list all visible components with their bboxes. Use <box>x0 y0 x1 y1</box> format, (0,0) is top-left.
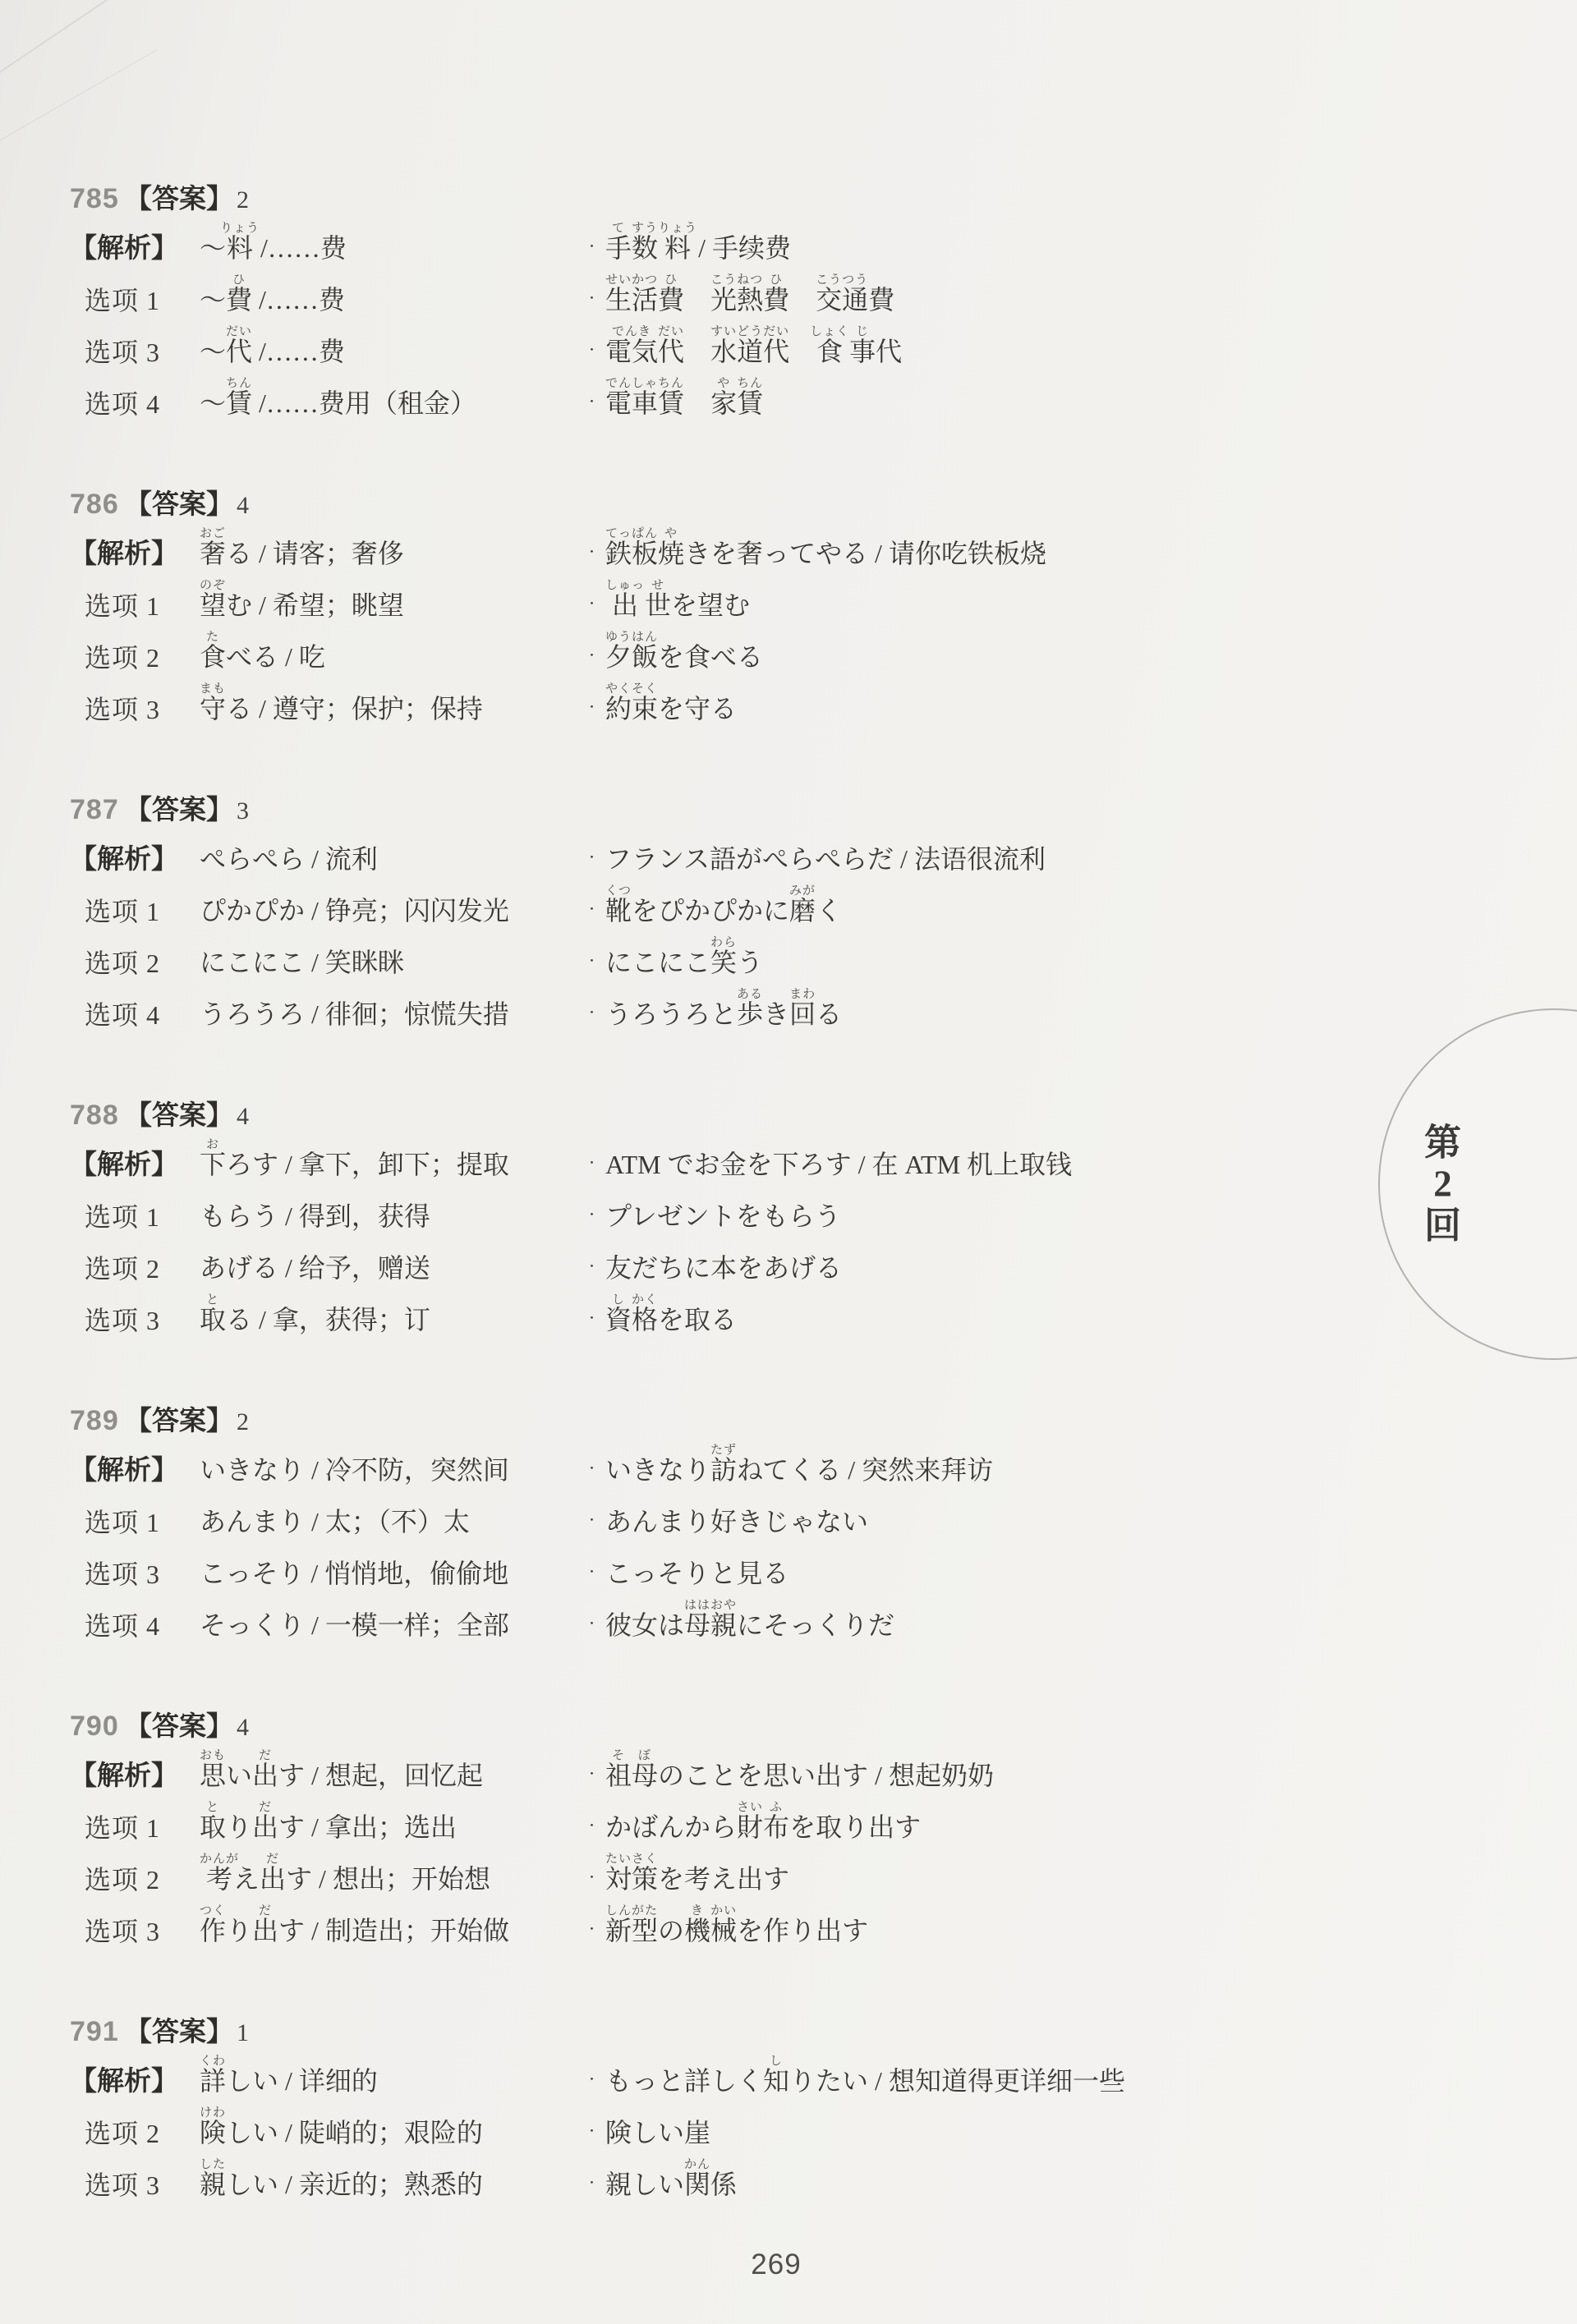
analysis-label: 【解析】 <box>70 1761 200 1791</box>
furigana-term: 出だ <box>252 1761 278 1790</box>
furigana-term: 世せ <box>645 590 671 620</box>
option-label: 选项 1 <box>70 1509 200 1537</box>
option-row: 选项 3親したしい / 亲近的；熟悉的・親しい関かん係 <box>70 2148 1577 2200</box>
bullet-icon: ・ <box>586 1459 598 1486</box>
definition-text: 詳くわしい / 详细的 <box>200 2055 586 2097</box>
answers-list: 785【答案】2【解析】～料りょう /……费・手て数すう料りょう / 手续费选项… <box>70 177 1577 2264</box>
example-text: プレゼントをもらう <box>605 1202 841 1232</box>
furigana-term: 電車でんしゃ <box>605 388 658 418</box>
option-label: 选项 1 <box>70 592 200 621</box>
furigana-term: 詳くわ <box>200 2066 226 2096</box>
option-row: 选项 2険けわしい / 陡峭的；艰险的・険しい崖 <box>70 2097 1577 2148</box>
furigana-term: 考かんが <box>200 1864 233 1894</box>
example-text: 電車でんしゃ賃ちん 家や賃ちん <box>605 377 763 419</box>
example-cell: ・生活せいかつ費ひ 光熱こうねつ費ひ 交通こうつう費 <box>586 273 894 315</box>
answer-section-789: 789【答案】2【解析】いきなり / 冷不防，突然间・いきなり訪たずねてくる /… <box>70 1399 1577 1641</box>
option-row: 选项 1望のぞむ / 希望；眺望・出しゅっ世せを望む <box>70 569 1577 621</box>
answer-section-791: 791【答案】1【解析】詳くわしい / 详细的・もっと詳しく知しりたい / 想知… <box>70 2010 1577 2200</box>
question-number: 786 <box>70 489 125 521</box>
bullet-icon: ・ <box>586 393 598 419</box>
answer-section-785: 785【答案】2【解析】～料りょう /……费・手て数すう料りょう / 手续费选项… <box>70 177 1577 419</box>
scan-artifact-line <box>0 0 156 78</box>
answer-value: 2 <box>237 1408 249 1436</box>
bullet-icon: ・ <box>586 1920 598 1946</box>
example-cell: ・かばんから財さい布ふを取り出す <box>586 1801 921 1843</box>
example-cell: ・親しい関かん係 <box>586 2158 737 2200</box>
answer-label: 【答案】 <box>125 788 233 827</box>
answer-line: 785【答案】2 <box>70 177 1577 212</box>
answer-value: 4 <box>237 1714 249 1742</box>
example-cell: ・もっと詳しく知しりたい / 想知道得更详细一些 <box>586 2055 1125 2097</box>
option-row: 选项 3取とる / 拿，获得；订・資し格かくを取る <box>70 1284 1577 1335</box>
furigana-term: 電気でんき <box>605 337 658 366</box>
question-number: 790 <box>70 1711 125 1743</box>
definition-text: 奢おごる / 请客；奢侈 <box>200 527 586 569</box>
option-row: 选项 1ぴかぴか / 铮亮；闪闪发光・靴くつをぴかぴかに磨みがく <box>70 875 1577 926</box>
analysis-label: 【解析】 <box>70 1456 200 1486</box>
bullet-icon: ・ <box>586 289 598 315</box>
option-row: 选项 2にこにこ / 笑眯眯・にこにこ笑わらう <box>70 926 1577 978</box>
scanned-book-page: 785【答案】2【解析】～料りょう /……费・手て数すう料りょう / 手续费选项… <box>0 0 1577 2324</box>
furigana-term: 賃ちん <box>737 388 763 418</box>
example-cell: ・約束やくそくを守る <box>586 682 737 724</box>
furigana-term: 食た <box>200 642 226 672</box>
example-text: 祖そ母ぼのことを思い出す / 想起奶奶 <box>605 1749 994 1791</box>
analysis-row: 【解析】奢おごる / 请客；奢侈・鉄板てっぱん焼やきを奢ってやる / 请你吃铁板… <box>70 517 1577 569</box>
option-row: 选项 3作つくり出だす / 制造出；开始做・新型しんがたの機き械かいを作り出す <box>70 1895 1577 1946</box>
furigana-term: 磨みが <box>789 896 816 925</box>
example-cell: ・あんまり好きじゃない <box>586 1508 868 1537</box>
definition-text: 険けわしい / 陡峭的；艰险的 <box>200 2106 586 2148</box>
example-text: うろうろと歩あるき回まわる <box>605 988 842 1030</box>
definition-text: 取とる / 拿，获得；订 <box>200 1293 586 1335</box>
example-cell: ・手て数すう料りょう / 手续费 <box>586 222 791 264</box>
bullet-icon: ・ <box>586 341 598 367</box>
furigana-term: 知し <box>763 2066 789 2096</box>
furigana-term: 思おも <box>200 1761 226 1790</box>
furigana-term: 守まも <box>200 694 226 723</box>
example-text: かばんから財さい布ふを取り出す <box>605 1801 921 1843</box>
furigana-term: 財さい <box>737 1812 763 1842</box>
definition-text: 守まもる / 遵守；保护；保持 <box>200 682 586 724</box>
furigana-term: 手て <box>605 233 632 263</box>
section-tab-char: 回 <box>1424 1205 1461 1246</box>
example-text: 生活せいかつ費ひ 光熱こうねつ費ひ 交通こうつう費 <box>605 273 894 315</box>
example-text: 靴くつをぴかぴかに磨みがく <box>605 884 842 926</box>
bullet-icon: ・ <box>586 1765 598 1791</box>
bullet-icon: ・ <box>586 1257 598 1284</box>
example-text: 電気でんき代だい 水道すいどう代だい 食しょく事じ代 <box>605 325 902 367</box>
example-cell: ・プレゼントをもらう <box>586 1202 841 1232</box>
option-row: 选项 1～費ひ /……费・生活せいかつ費ひ 光熱こうねつ費ひ 交通こうつう費 <box>70 264 1577 315</box>
furigana-term: 生活せいかつ <box>605 285 658 315</box>
furigana-term: 奢おご <box>200 539 226 568</box>
furigana-term: 対策たいさく <box>605 1864 658 1894</box>
bullet-icon: ・ <box>586 848 598 875</box>
furigana-term: 出だ <box>252 1812 278 1842</box>
example-cell: ・険しい崖 <box>586 2119 710 2148</box>
example-text: 約束やくそくを守る <box>605 682 737 724</box>
example-text: 手て数すう料りょう / 手续费 <box>605 222 791 264</box>
option-label: 选项 2 <box>70 1866 200 1895</box>
bullet-icon: ・ <box>586 1563 598 1589</box>
definition-text: 望のぞむ / 希望；眺望 <box>200 579 586 621</box>
bullet-icon: ・ <box>586 1816 598 1843</box>
analysis-row: 【解析】いきなり / 冷不防，突然间・いきなり訪たずねてくる / 突然来拜访 <box>70 1434 1577 1486</box>
furigana-term: 賃ちん <box>226 388 252 418</box>
furigana-term: 代だい <box>226 337 252 366</box>
bullet-icon: ・ <box>586 698 598 724</box>
example-text: 対策たいさくを考え出す <box>605 1853 789 1895</box>
furigana-term: 数すう <box>632 233 658 263</box>
example-cell: ・ATM でお金を下ろす / 在 ATM 机上取钱 <box>586 1151 1072 1180</box>
bullet-icon: ・ <box>586 646 598 673</box>
answer-label: 【答案】 <box>125 1399 233 1438</box>
example-cell: ・対策たいさくを考え出す <box>586 1853 789 1895</box>
option-label: 选项 4 <box>70 1612 200 1641</box>
furigana-term: 布ふ <box>763 1812 789 1842</box>
analysis-label: 【解析】 <box>70 845 200 875</box>
definition-text: にこにこ / 笑眯眯 <box>200 948 586 978</box>
example-text: 親しい関かん係 <box>605 2158 737 2200</box>
option-label: 选项 1 <box>70 287 200 315</box>
example-text: 出しゅっ世せを望む <box>605 579 750 621</box>
question-number: 789 <box>70 1405 125 1437</box>
definition-text: ～代だい /……费 <box>200 325 586 367</box>
definition-text: ぴかぴか / 铮亮；闪闪发光 <box>200 897 586 926</box>
example-text: フランス語がぺらぺらだ / 法语很流利 <box>605 845 1046 875</box>
example-cell: ・こっそりと見る <box>586 1559 788 1589</box>
answer-value: 4 <box>237 492 249 520</box>
example-text: 資し格かくを取る <box>605 1293 737 1335</box>
furigana-term: 約束やくそく <box>605 694 658 723</box>
example-text: あんまり好きじゃない <box>605 1508 868 1537</box>
definition-text: あんまり / 太；（不）太 <box>200 1508 586 1537</box>
furigana-term: 望のぞ <box>200 590 226 620</box>
analysis-row: 【解析】詳くわしい / 详细的・もっと詳しく知しりたい / 想知道得更详细一些 <box>70 2045 1577 2097</box>
question-number: 791 <box>70 2016 125 2048</box>
example-cell: ・祖そ母ぼのことを思い出す / 想起奶奶 <box>586 1749 994 1791</box>
bullet-icon: ・ <box>586 1309 598 1335</box>
option-row: 选项 1あんまり / 太；（不）太・あんまり好きじゃない <box>70 1486 1577 1537</box>
option-label: 选项 3 <box>70 2171 200 2200</box>
furigana-term: 回まわ <box>789 999 816 1029</box>
answer-line: 791【答案】1 <box>70 2010 1577 2045</box>
definition-text: もらう / 得到，获得 <box>200 1202 586 1232</box>
bullet-icon: ・ <box>586 237 598 264</box>
option-label: 选项 1 <box>70 1203 200 1232</box>
option-label: 选项 3 <box>70 696 200 724</box>
furigana-term: 費ひ <box>763 285 789 315</box>
furigana-term: 費ひ <box>226 285 252 315</box>
example-cell: ・友だちに本をあげる <box>586 1254 842 1284</box>
question-number: 788 <box>70 1100 125 1132</box>
furigana-term: 歩ある <box>737 999 763 1029</box>
section-tab-text: 第 2 回 <box>1424 1122 1461 1246</box>
furigana-term: 取と <box>200 1812 226 1842</box>
example-cell: ・電車でんしゃ賃ちん 家や賃ちん <box>586 377 763 419</box>
example-cell: ・夕飯ゆうはんを食べる <box>586 631 763 673</box>
definition-text: 思おもい出だす / 想起，回忆起 <box>200 1749 586 1791</box>
option-row: 选项 3こっそり / 悄悄地，偷偷地・こっそりと見る <box>70 1537 1577 1589</box>
definition-text: そっくり / 一模一样；全部 <box>200 1611 586 1641</box>
furigana-term: 作つく <box>200 1916 226 1945</box>
furigana-term: 格かく <box>632 1305 658 1334</box>
option-row: 选项 4～賃ちん /……费用（租金）・電車でんしゃ賃ちん 家や賃ちん <box>70 367 1577 419</box>
furigana-term: 交通こうつう <box>816 285 868 315</box>
furigana-term: 靴くつ <box>605 896 632 925</box>
answer-value: 1 <box>237 2019 249 2047</box>
definition-text: 食たべる / 吃 <box>200 631 586 673</box>
example-text: 夕飯ゆうはんを食べる <box>605 631 763 673</box>
option-label: 选项 2 <box>70 2120 200 2148</box>
example-cell: ・電気でんき代だい 水道すいどう代だい 食しょく事じ代 <box>586 325 902 367</box>
bullet-icon: ・ <box>586 2070 598 2097</box>
bullet-icon: ・ <box>586 595 598 621</box>
example-text: いきなり訪たずねてくる / 突然来拜访 <box>605 1444 993 1486</box>
furigana-term: 出しゅっ <box>605 590 645 620</box>
furigana-term: 機き <box>684 1916 710 1945</box>
example-text: 新型しんがたの機き械かいを作り出す <box>605 1904 868 1946</box>
definition-text: ぺらぺら / 流利 <box>200 845 586 875</box>
furigana-term: 食しょく <box>816 337 849 366</box>
example-cell: ・資し格かくを取る <box>586 1293 737 1335</box>
furigana-term: 出だ <box>260 1864 286 1894</box>
furigana-term: 訪たず <box>710 1455 737 1485</box>
definition-text: 取とり出だす / 拿出；选出 <box>200 1801 586 1843</box>
answer-line: 787【答案】3 <box>70 788 1577 823</box>
page-number: 269 <box>0 2248 1565 2281</box>
analysis-label: 【解析】 <box>70 2067 200 2097</box>
bullet-icon: ・ <box>586 1206 598 1232</box>
furigana-term: 新型しんがた <box>605 1916 658 1945</box>
option-row: 选项 3守まもる / 遵守；保护；保持・約束やくそくを守る <box>70 673 1577 724</box>
answer-line: 790【答案】4 <box>70 1705 1577 1739</box>
definition-text: いきなり / 冷不防，突然间 <box>200 1456 586 1486</box>
bullet-icon: ・ <box>586 1614 598 1641</box>
option-row: 选项 1取とり出だす / 拿出；选出・かばんから財さい布ふを取り出す <box>70 1791 1577 1843</box>
bullet-icon: ・ <box>586 543 598 569</box>
option-row: 选项 2あげる / 给予，赠送・友だちに本をあげる <box>70 1232 1577 1284</box>
bullet-icon: ・ <box>586 2122 598 2148</box>
definition-text: あげる / 给予，赠送 <box>200 1254 586 1284</box>
definition-text: うろうろ / 徘徊；惊慌失措 <box>200 1000 586 1030</box>
furigana-term: 関かん <box>684 2170 710 2199</box>
definition-text: 下おろす / 拿下，卸下；提取 <box>200 1138 586 1180</box>
definition-text: こっそり / 悄悄地，偷偷地 <box>200 1559 586 1589</box>
option-row: 选项 2考かんがえ出だす / 想出；开始想・対策たいさくを考え出す <box>70 1843 1577 1895</box>
example-cell: ・うろうろと歩あるき回まわる <box>586 988 842 1030</box>
answer-value: 4 <box>237 1103 249 1131</box>
definition-text: ～料りょう /……费 <box>200 222 586 264</box>
answer-line: 789【答案】2 <box>70 1399 1577 1434</box>
furigana-term: 険けわ <box>200 2118 226 2147</box>
furigana-term: 費ひ <box>658 285 684 315</box>
furigana-term: 光熱こうねつ <box>710 285 763 315</box>
answer-label: 【答案】 <box>125 483 233 521</box>
furigana-term: 資し <box>605 1305 632 1334</box>
option-label: 选项 3 <box>70 1560 200 1589</box>
furigana-term: 鉄板てっぱん <box>605 539 658 568</box>
example-text: ATM でお金を下ろす / 在 ATM 机上取钱 <box>605 1151 1072 1180</box>
example-cell: ・いきなり訪たずねてくる / 突然来拜访 <box>586 1444 993 1486</box>
furigana-term: 祖そ <box>605 1761 632 1790</box>
example-cell: ・出しゅっ世せを望む <box>586 579 750 621</box>
furigana-term: 笑わら <box>710 948 737 977</box>
section-tab-char: 第 <box>1424 1122 1461 1163</box>
answer-section-787: 787【答案】3【解析】ぺらぺら / 流利・フランス語がぺらぺらだ / 法语很流… <box>70 788 1577 1030</box>
option-label: 选项 4 <box>70 390 200 419</box>
bullet-icon: ・ <box>586 1511 598 1537</box>
answer-value: 2 <box>237 186 249 214</box>
answer-label: 【答案】 <box>125 177 233 216</box>
bullet-icon: ・ <box>586 1004 598 1030</box>
analysis-label: 【解析】 <box>70 234 200 264</box>
answer-section-788: 788【答案】4【解析】下おろす / 拿下，卸下；提取・ATM でお金を下ろす … <box>70 1094 1577 1335</box>
option-row: 选项 4うろうろ / 徘徊；惊慌失措・うろうろと歩あるき回まわる <box>70 978 1577 1030</box>
example-text: こっそりと見る <box>605 1559 788 1589</box>
example-cell: ・にこにこ笑わらう <box>586 936 763 978</box>
option-label: 选项 2 <box>70 1255 200 1284</box>
furigana-term: 母ぼ <box>632 1761 658 1790</box>
example-cell: ・鉄板てっぱん焼やきを奢ってやる / 请你吃铁板烧 <box>586 527 1046 569</box>
furigana-term: 家や <box>710 388 737 418</box>
example-text: にこにこ笑わらう <box>605 936 763 978</box>
option-row: 选项 2食たべる / 吃・夕飯ゆうはんを食べる <box>70 621 1577 673</box>
analysis-row: 【解析】下おろす / 拿下，卸下；提取・ATM でお金を下ろす / 在 ATM … <box>70 1128 1577 1180</box>
furigana-term: 械かい <box>710 1916 737 1945</box>
definition-text: 親したしい / 亲近的；熟悉的 <box>200 2158 586 2200</box>
option-label: 选项 1 <box>70 898 200 926</box>
example-text: 険しい崖 <box>605 2119 710 2148</box>
analysis-label: 【解析】 <box>70 1151 200 1180</box>
question-number: 787 <box>70 794 125 826</box>
bullet-icon: ・ <box>586 1154 598 1180</box>
furigana-term: 焼や <box>658 539 684 568</box>
option-row: 选项 1もらう / 得到，获得・プレゼントをもらう <box>70 1180 1577 1232</box>
answer-label: 【答案】 <box>125 1705 233 1743</box>
analysis-row: 【解析】思おもい出だす / 想起，回忆起・祖そ母ぼのことを思い出す / 想起奶奶 <box>70 1739 1577 1791</box>
example-cell: ・靴くつをぴかぴかに磨みがく <box>586 884 842 926</box>
answer-line: 788【答案】4 <box>70 1094 1577 1128</box>
answer-section-790: 790【答案】4【解析】思おもい出だす / 想起，回忆起・祖そ母ぼのことを思い出… <box>70 1705 1577 1946</box>
furigana-term: 料りょう <box>658 233 692 263</box>
example-cell: ・フランス語がぺらぺらだ / 法语很流利 <box>586 845 1046 875</box>
option-label: 选项 2 <box>70 949 200 978</box>
option-label: 选项 3 <box>70 1918 200 1946</box>
furigana-term: 料りょう <box>226 233 254 263</box>
option-row: 选项 3～代だい /……费・電気でんき代だい 水道すいどう代だい 食しょく事じ代 <box>70 315 1577 367</box>
answer-line: 786【答案】4 <box>70 483 1577 517</box>
question-number: 785 <box>70 183 125 215</box>
analysis-row: 【解析】ぺらぺら / 流利・フランス語がぺらぺらだ / 法语很流利 <box>70 823 1577 875</box>
furigana-term: 夕飯ゆうはん <box>605 642 658 672</box>
example-text: もっと詳しく知しりたい / 想知道得更详细一些 <box>605 2055 1125 2097</box>
answer-section-786: 786【答案】4【解析】奢おごる / 请客；奢侈・鉄板てっぱん焼やきを奢ってやる… <box>70 483 1577 724</box>
option-label: 选项 3 <box>70 338 200 367</box>
answer-value: 3 <box>237 797 249 825</box>
definition-text: 考かんがえ出だす / 想出；开始想 <box>200 1853 586 1895</box>
answer-label: 【答案】 <box>125 1094 233 1132</box>
option-label: 选项 1 <box>70 1814 200 1843</box>
bullet-icon: ・ <box>586 900 598 926</box>
option-label: 选项 4 <box>70 1001 200 1030</box>
furigana-term: 親した <box>200 2170 226 2199</box>
example-text: 友だちに本をあげる <box>605 1254 842 1284</box>
furigana-term: 賃ちん <box>658 388 684 418</box>
furigana-term: 出だ <box>252 1916 278 1945</box>
analysis-label: 【解析】 <box>70 540 200 569</box>
furigana-term: 取と <box>200 1305 226 1334</box>
example-text: 彼女は母親ははおやにそっくりだ <box>605 1599 894 1641</box>
example-cell: ・彼女は母親ははおやにそっくりだ <box>586 1599 894 1641</box>
bullet-icon: ・ <box>586 952 598 978</box>
definition-text: 作つくり出だす / 制造出；开始做 <box>200 1904 586 1946</box>
option-label: 选项 3 <box>70 1307 200 1335</box>
bullet-icon: ・ <box>586 2174 598 2200</box>
furigana-term: 母親ははおや <box>684 1610 737 1640</box>
example-text: 鉄板てっぱん焼やきを奢ってやる / 请你吃铁板烧 <box>605 527 1046 569</box>
answer-label: 【答案】 <box>125 2010 233 2049</box>
furigana-term: 水道すいどう <box>710 337 763 366</box>
option-label: 选项 2 <box>70 644 200 673</box>
furigana-term: 下お <box>200 1150 226 1179</box>
scan-artifact-line <box>0 49 157 165</box>
definition-text: ～賃ちん /……费用（租金） <box>200 377 586 419</box>
furigana-term: 事じ <box>849 337 876 366</box>
section-tab-char: 2 <box>1433 1164 1452 1205</box>
option-row: 选项 4そっくり / 一模一样；全部・彼女は母親ははおやにそっくりだ <box>70 1589 1577 1641</box>
furigana-term: 代だい <box>763 337 789 366</box>
bullet-icon: ・ <box>586 1868 598 1895</box>
definition-text: ～費ひ /……费 <box>200 273 586 315</box>
example-cell: ・新型しんがたの機き械かいを作り出す <box>586 1904 868 1946</box>
furigana-term: 代だい <box>658 337 684 366</box>
analysis-row: 【解析】～料りょう /……费・手て数すう料りょう / 手续费 <box>70 212 1577 264</box>
